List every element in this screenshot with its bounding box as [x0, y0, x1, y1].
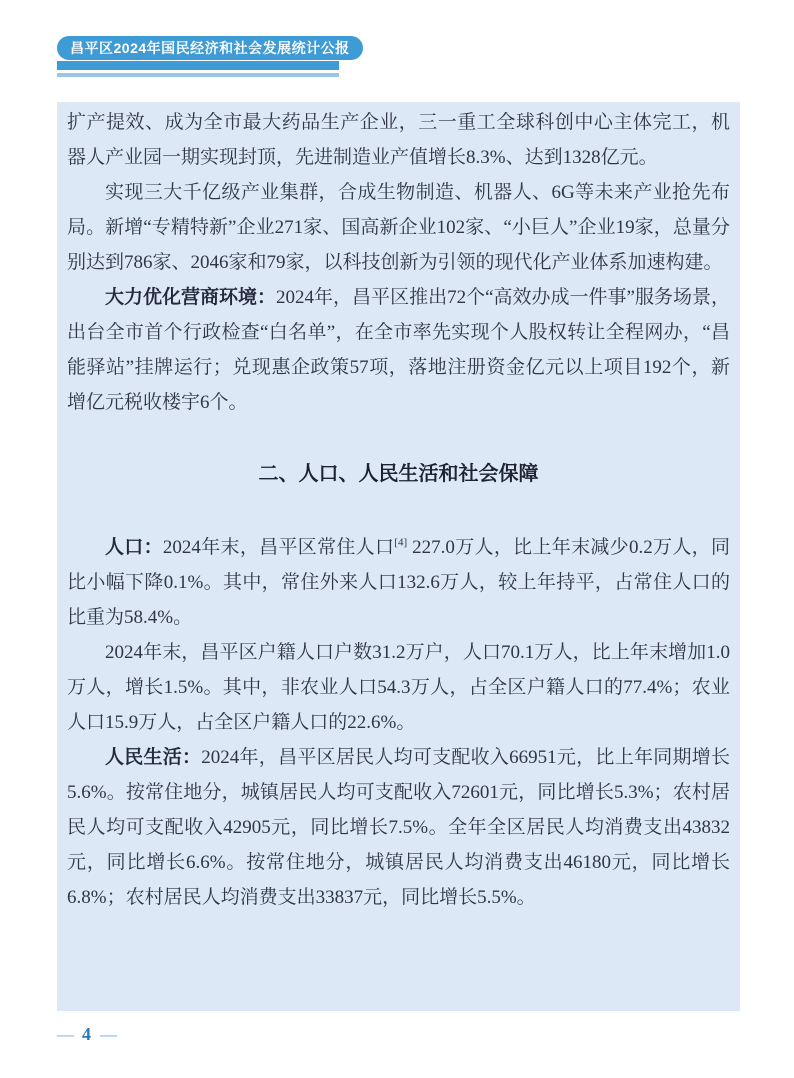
paragraph-text: 2024年末，昌平区常住人口: [163, 537, 394, 558]
footer-dash-left: —: [57, 1025, 73, 1045]
paragraph: 大力优化营商环境：2024年，昌平区推出72个“高效办成一件事”服务场景，出台全…: [67, 280, 730, 420]
paragraph: 人民生活：2024年，昌平区居民人均可支配收入66951元，比上年同期增长5.6…: [67, 740, 730, 915]
document-page: 昌平区2024年国民经济和社会发展统计公报 扩产提效、成为全市最大药品生产企业，…: [0, 0, 794, 1078]
paragraph-text: 扩产提效、成为全市最大药品生产企业，三一重工全球科创中心主体完工，机器人产业园一…: [67, 112, 730, 168]
paragraph-text: 2024年，昌平区居民人均可支配收入66951元，比上年同期增长5.6%。按常住…: [67, 747, 730, 908]
paragraph-lead: 人口：: [105, 537, 163, 558]
footnote-ref: [4]: [394, 537, 407, 549]
paragraph-text: 2024年末，昌平区户籍人口户数31.2万户，人口70.1万人，比上年末增加1.…: [67, 642, 730, 733]
content-panel: 扩产提效、成为全市最大药品生产企业，三一重工全球科创中心主体完工，机器人产业园一…: [57, 102, 740, 1011]
header-rule-thin: [57, 73, 339, 77]
paragraph: 扩产提效、成为全市最大药品生产企业，三一重工全球科创中心主体完工，机器人产业园一…: [67, 105, 730, 175]
header-rule-thick: [57, 61, 339, 70]
page-number: 4: [82, 1024, 91, 1045]
paragraph-lead: 大力优化营商环境：: [105, 287, 276, 308]
section-heading: 二、人口、人民生活和社会保障: [67, 457, 730, 492]
paragraph: 实现三大千亿级产业集群，合成生物制造、机器人、6G等未来产业抢先布局。新增“专精…: [67, 175, 730, 280]
paragraph-text: 实现三大千亿级产业集群，合成生物制造、机器人、6G等未来产业抢先布局。新增“专精…: [67, 182, 730, 273]
paragraph: 人口：2024年末，昌平区常住人口[4] 227.0万人，比上年末减少0.2万人…: [67, 530, 730, 635]
report-title-badge: 昌平区2024年国民经济和社会发展统计公报: [57, 36, 363, 60]
page-footer: — 4 —: [57, 1024, 116, 1045]
footer-dash-right: —: [100, 1025, 116, 1045]
paragraph-lead: 人民生活：: [105, 747, 201, 768]
paragraph: 2024年末，昌平区户籍人口户数31.2万户，人口70.1万人，比上年末增加1.…: [67, 635, 730, 740]
